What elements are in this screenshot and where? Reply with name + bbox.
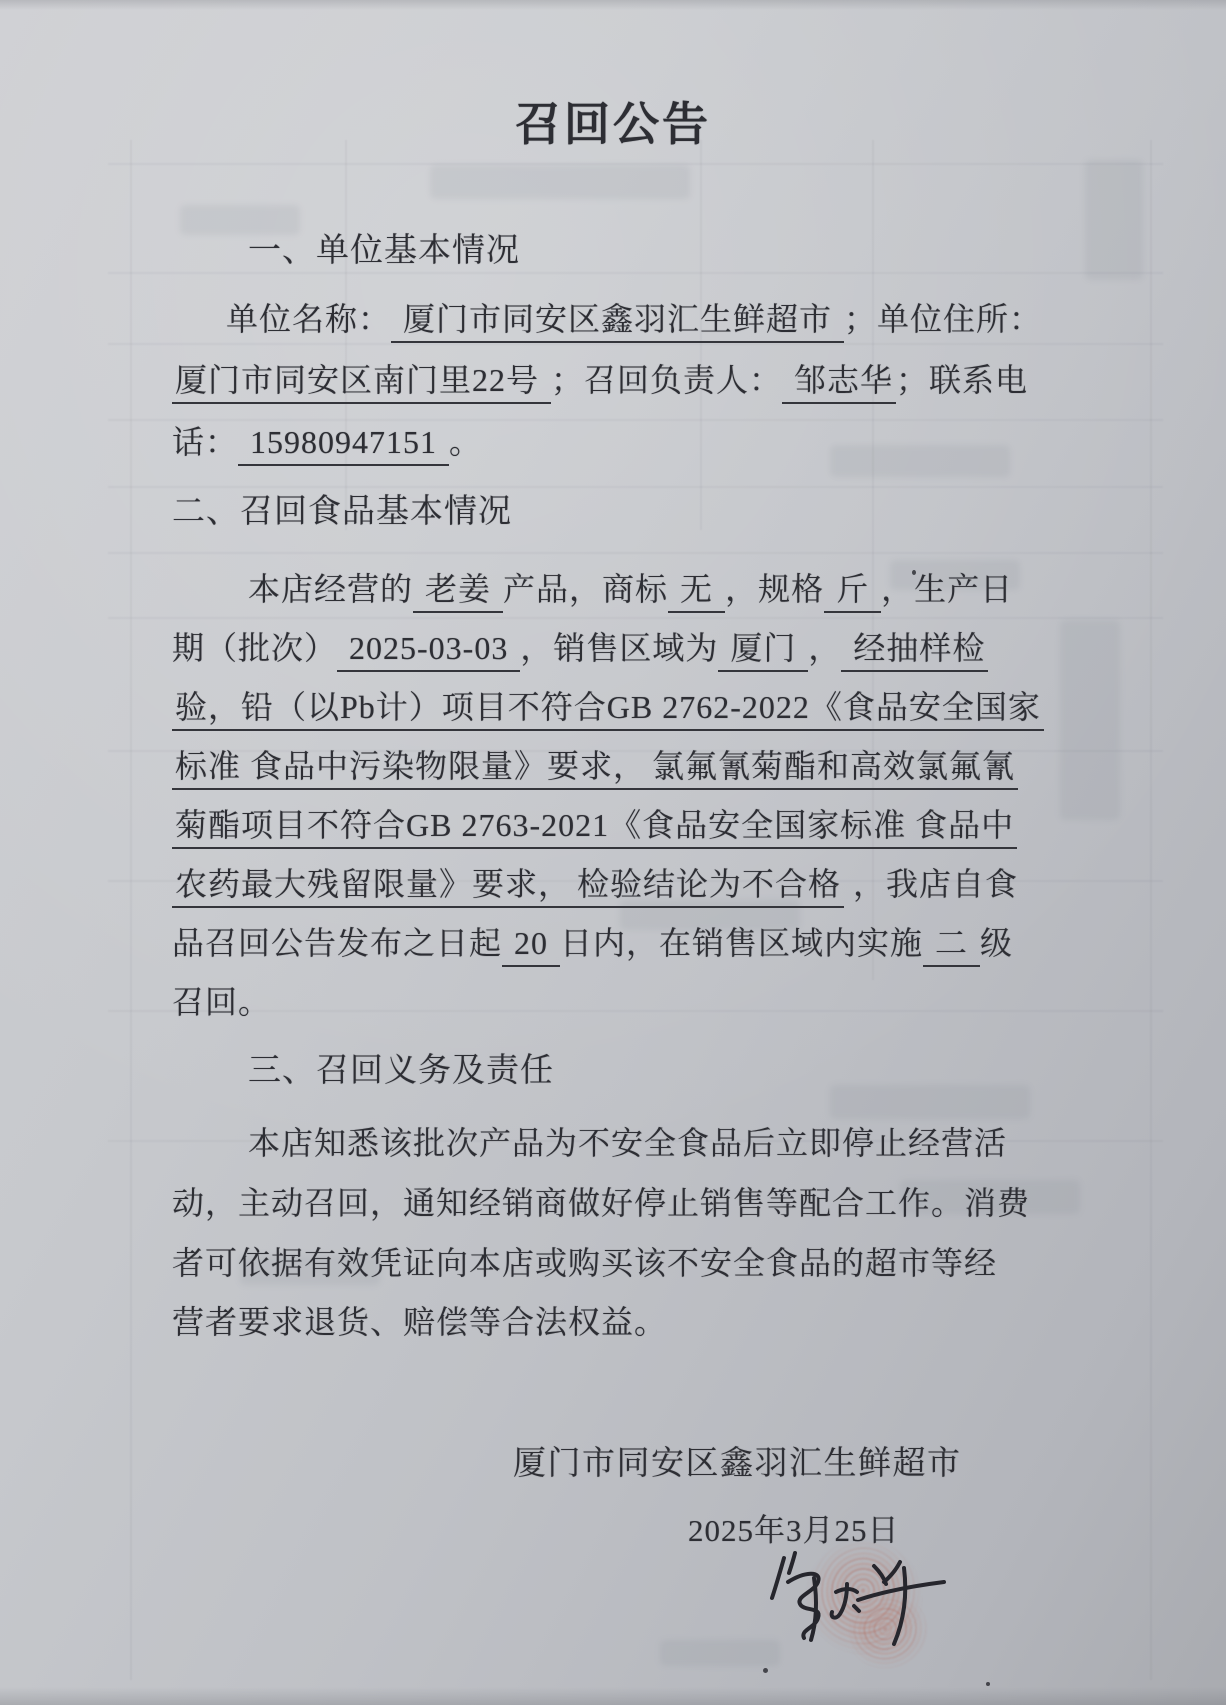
text-segment: 级 [980, 925, 1013, 961]
underlined-text-segment: 无 [668, 571, 725, 613]
underlined-text-segment: 2025-03-03 [337, 630, 520, 672]
section-1-line-1: 单位名称： 厦门市同安区鑫羽汇生鲜超市 ；单位住所： [172, 296, 1086, 342]
section-3-line-3: 者可依据有效凭证向本店或购买该不安全食品的超市等经 [172, 1240, 1032, 1286]
signature-company-name: 厦门市同安区鑫羽汇生鲜超市 [513, 1437, 962, 1484]
underlined-text-segment: 斤 [824, 571, 881, 613]
section-1-line-3: 话： 15980947151 。 [172, 419, 1032, 465]
text-segment: 。 [449, 424, 482, 460]
text-segment: 本店知悉该批次产品为不安全食品后立即停止经营活 [248, 1125, 1007, 1161]
text-segment: 单位名称： [226, 301, 391, 337]
section-3-line-1: 本店知悉该批次产品为不安全食品后立即停止经营活 [172, 1120, 1108, 1166]
text-segment: ，生产日 [881, 571, 1013, 607]
text-segment: 日内，在销售区域内实施 [560, 925, 923, 961]
document-title: 召回公告 [0, 88, 1226, 154]
underlined-text-segment: 老姜 [413, 571, 503, 613]
handwritten-signature [768, 1546, 968, 1666]
text-segment: 话： [172, 424, 238, 460]
text-segment: 本店经营的 [248, 571, 413, 607]
underlined-text-segment: 验，铅（以Pb计）项目不符合GB 2762-2022《食品安全国家 [172, 689, 1044, 731]
text-segment: ，销售区域为 [520, 630, 718, 666]
text-segment: 产品，商标 [503, 571, 668, 607]
ink-speck [912, 570, 916, 575]
recall-notice-document: 召回公告 一、单位基本情况 单位名称： 厦门市同安区鑫羽汇生鲜超市 ；单位住所：… [0, 0, 1226, 1705]
ink-speck [986, 1682, 990, 1686]
text-segment: 品召回公告发布之日起 [172, 925, 502, 961]
section-2-line-5: 菊酯项目不符合GB 2763-2021《食品安全国家标准 食品中 [172, 802, 1032, 848]
text-segment: ；联系电 [896, 362, 1028, 398]
section-1-line-2: 厦门市同安区南门里22号 ；召回负责人： 邹志华；联系电 [172, 357, 1032, 403]
section-2-line-6: 农药最大残留限量》要求，检验结论为不合格 ，我店自食 [172, 861, 1032, 907]
underlined-text-segment: 检验结论为不合格 [574, 866, 844, 908]
underlined-text-segment: 邹志华 [782, 362, 896, 404]
underlined-text-segment: 20 [502, 925, 560, 967]
underlined-text-segment: 农药最大残留限量》要求， [172, 866, 574, 908]
text-segment: ，我店自食 [844, 866, 1018, 902]
text-segment: 期（批次） [172, 630, 337, 666]
underlined-text-segment: 厦门市同安区南门里22号 [172, 362, 551, 404]
section-2-line-2: 期（批次） 2025-03-03 ，销售区域为 厦门 ， 经抽样检 [172, 625, 1032, 671]
text-segment: 召回。 [172, 984, 271, 1020]
underlined-text-segment: 经抽样检 [841, 630, 988, 672]
text-segment: ， [808, 630, 841, 666]
ink-speck [763, 1668, 768, 1673]
section-1-heading: 一、单位基本情况 [172, 228, 1108, 274]
section-2-line-4: 标准 食品中污染物限量》要求，氯氟氰菊酯和高效氯氟氰 [172, 743, 1032, 789]
underlined-text-segment: 氯氟氰菊酯和高效氯氟氰 [649, 748, 1018, 790]
section-2-line-3: 验，铅（以Pb计）项目不符合GB 2762-2022《食品安全国家 [172, 684, 1032, 730]
underlined-text-segment: 厦门市同安区鑫羽汇生鲜超市 [391, 301, 844, 343]
section-3-line-4: 营者要求退货、赔偿等合法权益。 [172, 1299, 1032, 1345]
underlined-text-segment: 二 [923, 925, 980, 967]
underlined-text-segment: 标准 食品中污染物限量》要求， [172, 748, 649, 790]
underlined-text-segment: 15980947151 [238, 424, 449, 466]
text-segment: 营者要求退货、赔偿等合法权益。 [172, 1304, 667, 1340]
text-segment: ；召回负责人： [551, 362, 782, 398]
section-2-heading: 二、召回食品基本情况 [172, 489, 1032, 535]
section-3-line-2: 动，主动召回，通知经销商做好停止销售等配合工作。消费 [172, 1180, 1032, 1226]
section-2-line-8: 召回。 [172, 979, 1032, 1025]
section-3-heading: 三、召回义务及责任 [172, 1048, 1108, 1094]
text-segment: ，规格 [725, 571, 824, 607]
signature-stamp-area [768, 1532, 968, 1672]
text-segment: 者可依据有效凭证向本店或购买该不安全食品的超市等经 [172, 1245, 997, 1281]
text-segment: 动，主动召回，通知经销商做好停止销售等配合工作。消费 [172, 1185, 1030, 1221]
underlined-text-segment: 厦门 [718, 630, 808, 672]
underlined-text-segment: 菊酯项目不符合GB 2763-2021《食品安全国家标准 食品中 [172, 807, 1017, 849]
section-2-line-1: 本店经营的 老姜 产品，商标 无 ，规格 斤 ，生产日 [172, 566, 1108, 612]
section-2-line-7: 品召回公告发布之日起 20 日内，在销售区域内实施 二 级 [172, 920, 1032, 966]
text-segment: ；单位住所： [844, 301, 1042, 337]
